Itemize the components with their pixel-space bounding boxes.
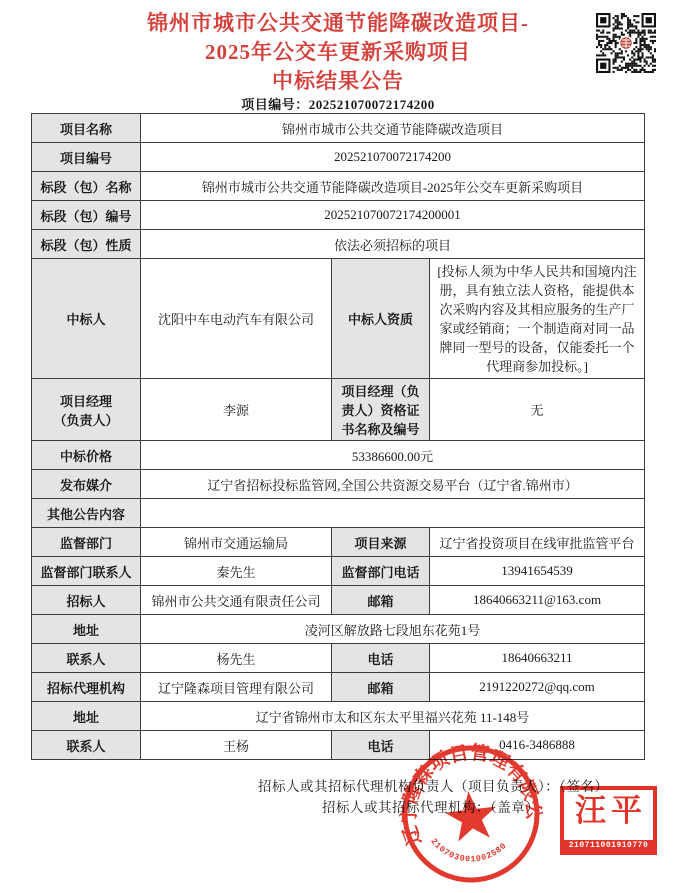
row-label: 招标人 [32, 586, 141, 615]
row-value-2: 18640663211@163.com [430, 586, 645, 615]
row-label: 监督部门 [32, 528, 141, 557]
page-title: 锦州市城市公共交通节能降碳改造项目- 2025年公交车更新采购项目 中标结果公告 [0, 0, 676, 96]
row-value-2: 辽宁省投资项目在线审批监管平台 [430, 528, 645, 557]
row-label: 地址 [32, 615, 141, 644]
stamp-number: 210703001002580 [428, 828, 510, 870]
row-label: 项目名称 [32, 114, 141, 143]
row-value-2: 18640663211 [430, 644, 645, 673]
result-table: 项目名称 锦州市城市公共交通节能降碳改造项目 项目编号 202521070072… [31, 113, 645, 760]
row-value: 202521070072174200 [141, 143, 645, 172]
row-label: 联系人 [32, 644, 141, 673]
table-row: 监督部门联系人 秦先生 监督部门电话 13941654539 [32, 557, 645, 586]
title-line-3: 中标结果公告 [0, 67, 676, 96]
row-value: 锦州市交通运输局 [141, 528, 332, 557]
row-label: 标段（包）编号 [32, 201, 141, 230]
table-row: 发布媒介 辽宁省招标投标监管网,全国公共资源交易平台（辽宁省.锦州市） [32, 470, 645, 499]
row-value: 沈阳中车电动汽车有限公司 [141, 259, 332, 379]
row-value: 凌河区解放路七段旭东花苑1号 [141, 615, 645, 644]
table-row: 其他公告内容 [32, 499, 645, 528]
row-value-2: 2191220272@qq.com [430, 673, 645, 702]
row-value: 53386600.00元 [141, 441, 645, 470]
row-label: 招标代理机构 [32, 673, 141, 702]
qr-code-icon [596, 13, 656, 73]
table-row: 标段（包）名称 锦州市城市公共交通节能降碳改造项目-2025年公交车更新采购项目 [32, 172, 645, 201]
table-row: 监督部门 锦州市交通运输局 项目来源 辽宁省投资项目在线审批监管平台 [32, 528, 645, 557]
table-row: 标段（包）性质 依法必须招标的项目 [32, 230, 645, 259]
row-label-2: 中标人资质 [332, 259, 430, 379]
row-value: 辽宁省锦州市太和区东太平里福兴花苑 11-148号 [141, 702, 645, 731]
row-label: 地址 [32, 702, 141, 731]
title-line-1: 锦州市城市公共交通节能降碳改造项目- [0, 9, 676, 38]
stamp-person-number: 210711001910770 [564, 840, 653, 851]
row-value: 杨先生 [141, 644, 332, 673]
round-company-stamp: 辽宁隆森项目管理有限公司 210703001002580 [390, 733, 553, 893]
table-row: 招标代理机构 辽宁隆森项目管理有限公司 邮箱 2191220272@qq.com [32, 673, 645, 702]
row-value-2: 13941654539 [430, 557, 645, 586]
table-row: 地址 凌河区解放路七段旭东花苑1号 [32, 615, 645, 644]
row-label-2: 项目经理（负 责人）资格证 书名称及编号 [332, 379, 430, 441]
square-personal-stamp: 汪平 210711001910770 [560, 786, 657, 855]
row-label: 监督部门联系人 [32, 557, 141, 586]
table-row: 联系人 王杨 电话 0416-3486888 [32, 731, 645, 760]
project-number-line: 项目编号：202521070072174200 [0, 97, 676, 112]
title-line-2: 2025年公交车更新采购项目 [0, 38, 676, 67]
table-row: 地址 辽宁省锦州市太和区东太平里福兴花苑 11-148号 [32, 702, 645, 731]
row-value: 辽宁隆森项目管理有限公司 [141, 673, 332, 702]
row-label: 发布媒介 [32, 470, 141, 499]
table-row-manager: 项目经理 （负责人） 李源 项目经理（负 责人）资格证 书名称及编号 无 [32, 379, 645, 441]
row-label-2: 项目来源 [332, 528, 430, 557]
row-label: 中标人 [32, 259, 141, 379]
table-row: 项目编号 202521070072174200 [32, 143, 645, 172]
table-row: 招标人 锦州市公共交通有限责任公司 邮箱 18640663211@163.com [32, 586, 645, 615]
row-value-2: [投标人须为中华人民共和国境内注册，具有独立法人资格，能提供本次采购内容及其相应… [430, 259, 645, 379]
row-label-2: 监督部门电话 [332, 557, 430, 586]
row-label: 其他公告内容 [32, 499, 141, 528]
row-value: 王杨 [141, 731, 332, 760]
row-value: 秦先生 [141, 557, 332, 586]
table-row: 联系人 杨先生 电话 18640663211 [32, 644, 645, 673]
row-value: 依法必须招标的项目 [141, 230, 645, 259]
row-label-2: 邮箱 [332, 673, 430, 702]
svg-text:210703001002580: 210703001002580 [428, 828, 510, 870]
table-row-winner: 中标人 沈阳中车电动汽车有限公司 中标人资质 [投标人须为中华人民共和国境内注册… [32, 259, 645, 379]
row-value: 202521070072174200001 [141, 201, 645, 230]
row-value: 锦州市城市公共交通节能降碳改造项目-2025年公交车更新采购项目 [141, 172, 645, 201]
row-label: 项目经理 （负责人） [32, 379, 141, 441]
table-row: 中标价格 53386600.00元 [32, 441, 645, 470]
row-value: 锦州市城市公共交通节能降碳改造项目 [141, 114, 645, 143]
table-row: 项目名称 锦州市城市公共交通节能降碳改造项目 [32, 114, 645, 143]
row-label: 中标价格 [32, 441, 141, 470]
row-value-2: 无 [430, 379, 645, 441]
row-label-2: 电话 [332, 644, 430, 673]
row-label-2: 邮箱 [332, 586, 430, 615]
stamp-person-name: 汪平 [564, 790, 653, 840]
row-label: 标段（包）性质 [32, 230, 141, 259]
row-label: 项目编号 [32, 143, 141, 172]
row-value: 辽宁省招标投标监管网,全国公共资源交易平台（辽宁省.锦州市） [141, 470, 645, 499]
row-value: 李源 [141, 379, 332, 441]
row-value [141, 499, 645, 528]
row-label: 联系人 [32, 731, 141, 760]
row-value: 锦州市公共交通有限责任公司 [141, 586, 332, 615]
stamp-star-icon [443, 788, 500, 843]
row-label: 标段（包）名称 [32, 172, 141, 201]
announcement-page: 锦州市城市公共交通节能降碳改造项目- 2025年公交车更新采购项目 中标结果公告… [0, 0, 676, 893]
table-row: 标段（包）编号 202521070072174200001 [32, 201, 645, 230]
